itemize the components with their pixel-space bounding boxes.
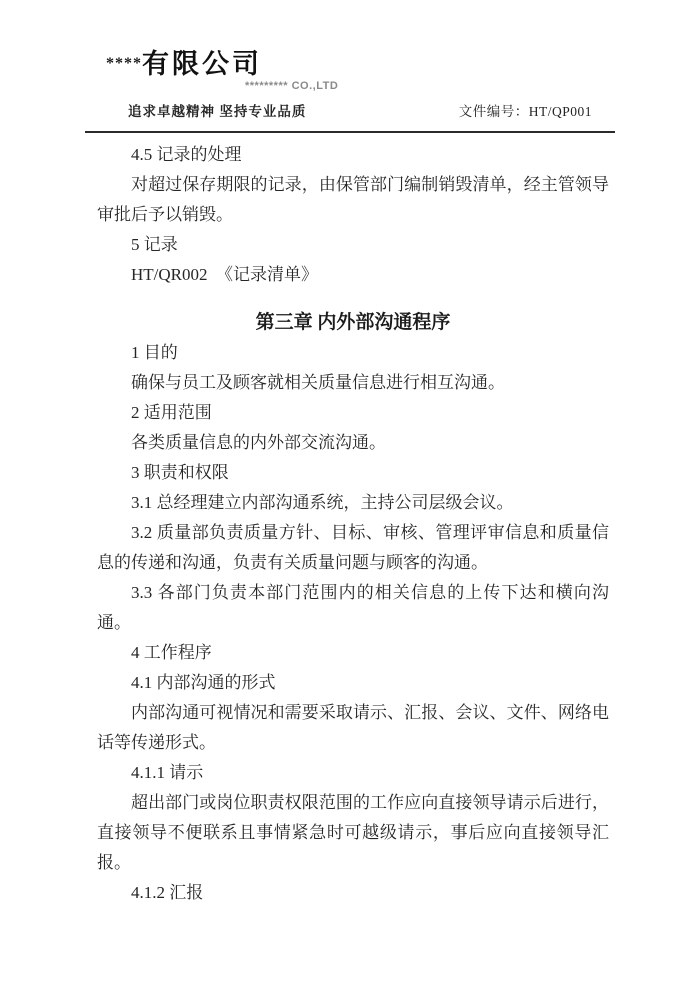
paragraph: 对超过保存期限的记录，由保管部门编制销毁清单，经主管领导审批后予以销毁。 <box>97 170 609 230</box>
company-slogan: 追求卓越精神 坚持专业品质 <box>128 100 306 120</box>
chapter-heading: 第三章 内外部沟通程序 <box>97 308 609 338</box>
header-meta-line: 追求卓越精神 坚持专业品质 文件编号：HT/QP001 <box>128 100 592 120</box>
doc-number-label: 文件编号： <box>459 104 529 119</box>
paragraph: 3.1 总经理建立内部沟通系统，主持公司层级会议。 <box>97 488 609 518</box>
paragraph: 5 记录 <box>97 230 609 260</box>
paragraph: 各类质量信息的内外部交流沟通。 <box>97 428 609 458</box>
paragraph: 3.3 各部门负责本部门范围内的相关信息的上传下达和横向沟通。 <box>97 578 609 638</box>
company-name: 有限公司 <box>142 49 262 79</box>
paragraph: 内部沟通可视情况和需要采取请示、汇报、会议、文件、网络电话等传递形式。 <box>97 698 609 758</box>
paragraph: HT/QR002 《记录清单》 <box>97 260 609 290</box>
doc-number: 文件编号：HT/QP001 <box>459 100 592 120</box>
doc-number-value: HT/QP001 <box>529 104 592 119</box>
paragraph: 4.1.2 汇报 <box>97 878 609 908</box>
paragraph: 4 工作程序 <box>97 638 609 668</box>
paragraph: 4.5 记录的处理 <box>97 140 609 170</box>
document-page: ****有限公司 ********* CO.,LTD 追求卓越精神 坚持专业品质… <box>0 0 700 990</box>
paragraph: 确保与员工及顾客就相关质量信息进行相互沟通。 <box>97 368 609 398</box>
paragraph: 2 适用范围 <box>97 398 609 428</box>
header-divider <box>85 131 615 133</box>
company-name-prefix: **** <box>106 55 142 72</box>
document-body: 4.5 记录的处理对超过保存期限的记录，由保管部门编制销毁清单，经主管领导审批后… <box>97 140 609 908</box>
paragraph: 4.1 内部沟通的形式 <box>97 668 609 698</box>
paragraph: 3.2 质量部负责质量方针、目标、审核、管理评审信息和质量信息的传递和沟通，负责… <box>97 518 609 578</box>
paragraph: 1 目的 <box>97 338 609 368</box>
company-name-english: ********* CO.,LTD <box>245 80 338 92</box>
company-title: ****有限公司 <box>106 42 262 81</box>
paragraph: 3 职责和权限 <box>97 458 609 488</box>
paragraph: 超出部门或岗位职责权限范围的工作应向直接领导请示后进行，直接领导不便联系且事情紧… <box>97 788 609 878</box>
paragraph: 4.1.1 请示 <box>97 758 609 788</box>
